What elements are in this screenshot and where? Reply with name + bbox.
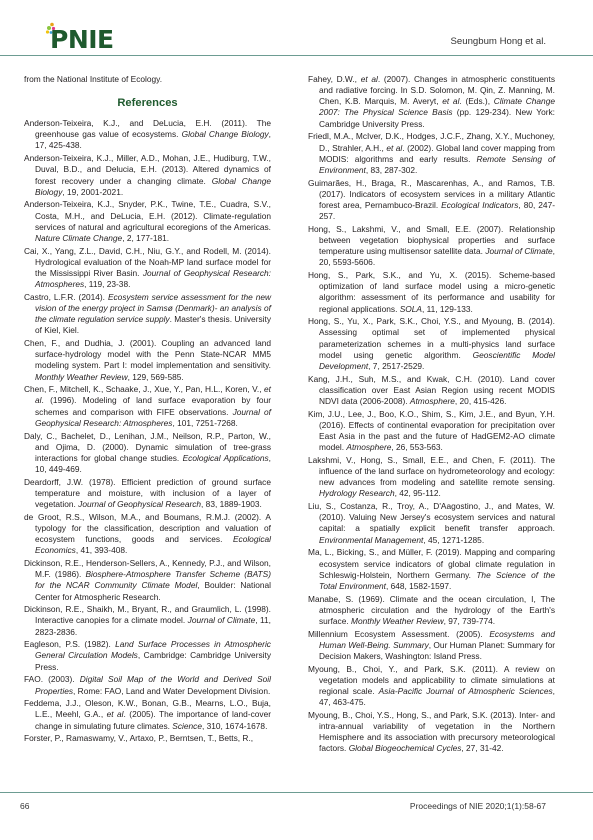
reference-entry: Kim, J.U., Lee, J., Boo, K.O., Shim, S.,… xyxy=(308,409,555,454)
reference-entry: Eagleson, P.S. (1982). Land Surface Proc… xyxy=(24,639,271,672)
reference-entry: Cai, X., Yang, Z.L., David, C.H., Niu, G… xyxy=(24,246,271,291)
reference-entry: Hong, S., Park, S.K., and Yu, X. (2015).… xyxy=(308,270,555,315)
header-divider xyxy=(0,55,593,56)
footer-divider xyxy=(0,792,593,793)
reference-entry: Myoung, B., Choi, Y.S., Hong, S., and Pa… xyxy=(308,710,555,755)
reference-entry: Castro, L.F.R. (2014). Ecosystem service… xyxy=(24,292,271,337)
reference-entry: Feddema, J.J., Oleson, K.W., Bonan, G.B.… xyxy=(24,698,271,731)
reference-entry: Dickinson, R.E., Shaikh, M., Bryant, R.,… xyxy=(24,604,271,637)
left-column: from the National Institute of Ecology. … xyxy=(24,74,271,746)
reference-entry: de Groot, R.S., Wilson, M.A., and Bouman… xyxy=(24,512,271,557)
reference-entry: Lakshmi, V., Hong, S., Small, E.E., and … xyxy=(308,455,555,500)
reference-entry: Fahey, D.W., et al. (2007). Changes in a… xyxy=(308,74,555,130)
reference-entry: FAO. (2003). Digital Soil Map of the Wor… xyxy=(24,674,271,696)
reference-entry: Liu, S., Costanza, R., Troy, A., D'Aagos… xyxy=(308,501,555,546)
acknowledgement-text: from the National Institute of Ecology. xyxy=(24,74,271,85)
reference-entry: Millennium Ecosystem Assessment. (2005).… xyxy=(308,629,555,662)
reference-list-left: Anderson-Teixeira, K.J., and DeLucia, E.… xyxy=(24,118,271,744)
reference-entry: Anderson-Teixeira, K.J., and DeLucia, E.… xyxy=(24,118,271,151)
journal-citation: Proceedings of NIE 2020;1(1):58-67 xyxy=(410,801,546,811)
page-number: 66 xyxy=(20,801,29,811)
running-head-authors: Seungbum Hong et al. xyxy=(451,36,546,47)
reference-entry: Chen, F., and Dudhia, J. (2001). Couplin… xyxy=(24,338,271,383)
reference-entry: Forster, P., Ramaswamy, V., Artaxo, P., … xyxy=(24,733,271,744)
reference-list-right: Fahey, D.W., et al. (2007). Changes in a… xyxy=(308,74,555,755)
reference-entry: Anderson-Teixeira, K.J., Snyder, P.K., T… xyxy=(24,199,271,244)
reference-entry: Chen, F., Mitchell, K., Schaake, J., Xue… xyxy=(24,384,271,429)
reference-entry: Manabe, S. (1969). Climate and the ocean… xyxy=(308,594,555,627)
reference-entry: Hong, S., Lakshmi, V., and Small, E.E. (… xyxy=(308,224,555,269)
right-column: Fahey, D.W., et al. (2007). Changes in a… xyxy=(308,74,555,756)
reference-entry: Ma, L., Bicking, S., and Müller, F. (201… xyxy=(308,547,555,592)
reference-entry: Kang, J.H., Suh, M.S., and Kwak, C.H. (2… xyxy=(308,374,555,407)
page-header: PNIE Seungbum Hong et al. xyxy=(0,0,593,60)
reference-entry: Anderson-Teixeira, K.J., Miller, A.D., M… xyxy=(24,153,271,198)
reference-entry: Hong, S., Yu, X., Park, S.K., Choi, Y.S.… xyxy=(308,316,555,372)
logo-text: PNIE xyxy=(50,26,114,54)
reference-entry: Myoung, B., Choi, Y., and Park, S.K. (20… xyxy=(308,664,555,709)
reference-entry: Friedl, M.A., McIver, D.K., Hodges, J.C.… xyxy=(308,131,555,176)
references-heading: References xyxy=(24,96,271,110)
reference-entry: Guimarães, H., Braga, R., Mascarenhas, A… xyxy=(308,178,555,223)
reference-entry: Deardorff, J.W. (1978). Efficient predic… xyxy=(24,477,271,510)
reference-entry: Dickinson, R.E., Henderson-Sellers, A., … xyxy=(24,558,271,603)
reference-entry: Daly, C., Bachelet, D., Lenihan, J.M., N… xyxy=(24,431,271,476)
